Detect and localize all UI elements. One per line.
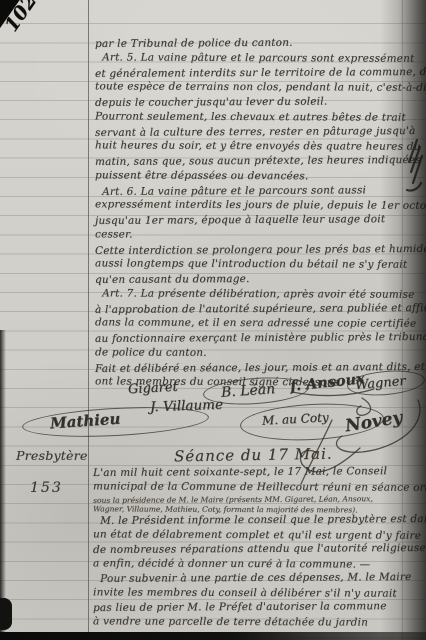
deliberation-cantonal-text: par le Tribunal de police du canton. Art… [95, 37, 400, 391]
manuscript-line: aussi longtemps que l'introduction du bé… [95, 258, 400, 274]
scan-edge-blob [0, 598, 12, 630]
scan-bottom-edge [0, 632, 426, 640]
session-heading: Séance du 17 Mai. [174, 445, 333, 466]
manuscript-line: au fonctionnaire exerçant le ministère p… [95, 331, 400, 348]
manuscript-line: Art. 7. La présente délibération, après … [95, 287, 400, 303]
manuscript-line: Pourront seulement, les chevaux et autre… [95, 110, 400, 126]
manuscript-line: par le Tribunal de police du canton. [95, 36, 400, 53]
manuscript-line: cesser. [95, 228, 400, 244]
manuscript-line: jusqu'au 1er mars, époque à laquelle leu… [95, 213, 400, 230]
margin-entry-number: 153 [30, 480, 63, 496]
margin-note-subject: Presbytère [16, 448, 88, 463]
manuscript-line: à vendre une parcelle de terre détachée … [93, 615, 403, 631]
manuscript-page-scan: par le Tribunal de police du canton. Art… [0, 0, 426, 640]
manuscript-line: Pour subvenir à une partie de ces dépens… [93, 571, 403, 587]
manuscript-line: M. le Président informe le conseil que l… [93, 513, 403, 529]
manuscript-line: depuis le coucher jusqu'au lever du sole… [95, 95, 400, 112]
margin-rule-line [88, 0, 89, 640]
signature-villaume: J. Villaume [150, 397, 223, 416]
manuscript-line: puissent être dépassées ou devancées. [95, 169, 400, 185]
signature-gigaret: Gigaret [128, 380, 178, 398]
manuscript-line: expressément interdits les jours de plui… [95, 199, 400, 215]
manuscript-line: L'an mil huit cent soixante-sept, le 17 … [93, 465, 403, 481]
deliberation-presbytere-text: L'an mil huit cent soixante-sept, le 17 … [93, 466, 403, 630]
manuscript-line: qu'en causant du dommage. [95, 272, 400, 289]
manuscript-line: dans la commune, et il en sera adressé u… [95, 317, 400, 333]
manuscript-line: Art. 5. La vaine pâture et le parcours s… [95, 51, 400, 67]
manuscript-line: toute espèce de terrains non clos, penda… [95, 81, 400, 97]
manuscript-line: huit heures du soir, et y être envoyés d… [95, 140, 400, 156]
manuscript-line: matin, sans que, sous aucun prétexte, le… [95, 154, 400, 171]
manuscript-line: pas lieu de prier M. le Préfet d'autoris… [93, 600, 403, 616]
manuscript-line: de nombreuses réparations attendu que l'… [93, 542, 403, 558]
manuscript-line: municipal de la Commune de Heillecourt r… [93, 480, 403, 496]
scan-left-edge [0, 330, 6, 640]
manuscript-line: de police du canton. [95, 346, 400, 362]
